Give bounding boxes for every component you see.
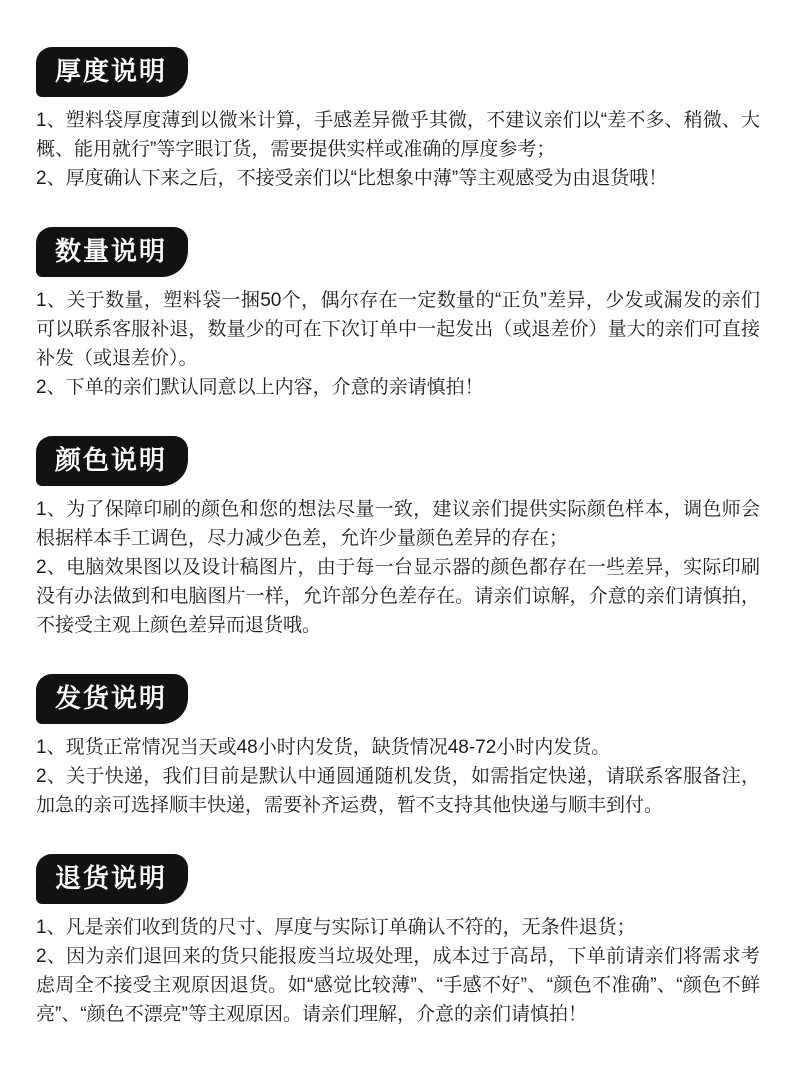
section-title: 颜色说明 <box>55 445 167 475</box>
note-paragraph: 1、为了保障印刷的颜色和您的想法尽量一致，建议亲们提供实际颜色样本，调色师会根据… <box>36 495 760 553</box>
note-paragraph: 1、凡是亲们收到货的尺寸、厚度与实际订单确认不符的，无条件退货； <box>36 913 760 942</box>
product-notes-page: 厚度说明 1、塑料袋厚度薄到以微米计算，手感差异微乎其微，不建议亲们以“差不多、… <box>0 0 790 1069</box>
note-paragraph: 2、因为亲们退回来的货只能报废当垃圾处理，成本过于高昂，下单前请亲们将需求考虑周… <box>36 942 760 1029</box>
section-title: 发货说明 <box>55 683 167 713</box>
note-paragraph: 2、电脑效果图以及设计稿图片，由于每一台显示器的颜色都存在一些差异，实际印刷没有… <box>36 553 760 640</box>
badge-row: 数量说明 <box>36 227 760 277</box>
section-badge-shipping: 发货说明 <box>36 674 188 724</box>
note-paragraph: 1、关于数量，塑料袋一捆50个，偶尔存在一定数量的“正负”差异，少发或漏发的亲们… <box>36 286 760 373</box>
section-badge-returns: 退货说明 <box>36 854 188 904</box>
section-title: 退货说明 <box>55 863 167 893</box>
badge-row: 发货说明 <box>36 674 760 724</box>
badge-row: 颜色说明 <box>36 436 760 486</box>
note-paragraph: 1、现货正常情况当天或48小时内发货，缺货情况48-72小时内发货。 <box>36 733 760 762</box>
note-paragraph: 2、厚度确认下来之后，不接受亲们以“比想象中薄”等主观感受为由退货哦！ <box>36 164 760 193</box>
badge-row: 退货说明 <box>36 854 760 904</box>
section-thickness: 厚度说明 1、塑料袋厚度薄到以微米计算，手感差异微乎其微，不建议亲们以“差不多、… <box>36 47 760 193</box>
section-badge-thickness: 厚度说明 <box>36 47 188 97</box>
section-quantity: 数量说明 1、关于数量，塑料袋一捆50个，偶尔存在一定数量的“正负”差异，少发或… <box>36 227 760 402</box>
section-badge-quantity: 数量说明 <box>36 227 188 277</box>
note-paragraph: 1、塑料袋厚度薄到以微米计算，手感差异微乎其微，不建议亲们以“差不多、稍微、大概… <box>36 106 760 164</box>
section-title: 数量说明 <box>55 236 167 266</box>
section-title: 厚度说明 <box>55 56 167 86</box>
section-badge-color: 颜色说明 <box>36 436 188 486</box>
section-returns: 退货说明 1、凡是亲们收到货的尺寸、厚度与实际订单确认不符的，无条件退货； 2、… <box>36 854 760 1029</box>
section-color: 颜色说明 1、为了保障印刷的颜色和您的想法尽量一致，建议亲们提供实际颜色样本，调… <box>36 436 760 640</box>
note-paragraph: 2、下单的亲们默认同意以上内容，介意的亲请慎拍！ <box>36 373 760 402</box>
badge-row: 厚度说明 <box>36 47 760 97</box>
note-paragraph: 2、关于快递，我们目前是默认中通圆通随机发货，如需指定快递，请联系客服备注，加急… <box>36 762 760 820</box>
section-shipping: 发货说明 1、现货正常情况当天或48小时内发货，缺货情况48-72小时内发货。 … <box>36 674 760 820</box>
